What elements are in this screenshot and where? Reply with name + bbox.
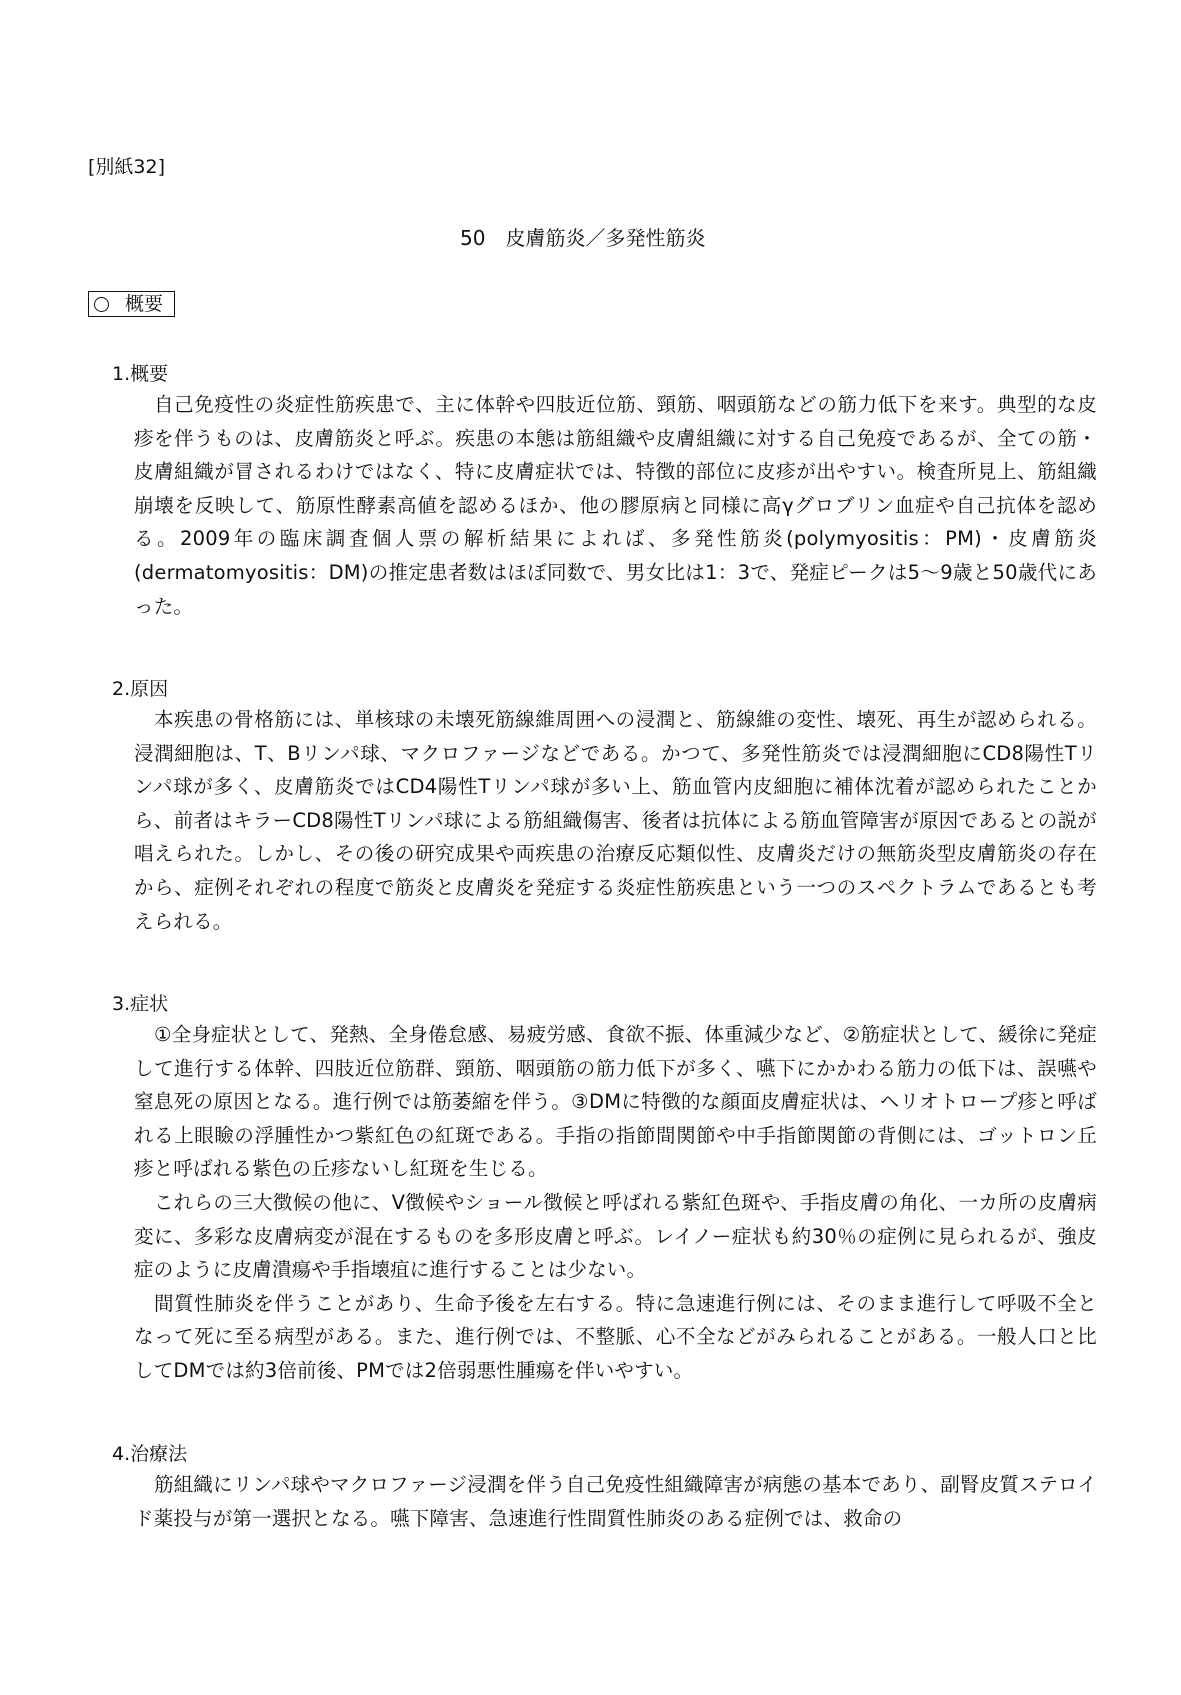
paragraph: ①全身症状として、発熱、全身倦怠感、易疲労感、食欲不振、体重減少など、②筋症状と… <box>112 1018 1097 1186</box>
document-page: [別紙32] 50 皮膚筋炎／多発性筋炎 概要 1.概要 自己免疫性の炎症性筋疾… <box>0 0 1181 1695</box>
overview-boxed-heading: 概要 <box>88 291 175 317</box>
paragraph: これらの三大徴候の他に、V徴候やショール徴候と呼ばれる紫紅色斑や、手指皮膚の角化… <box>112 1186 1097 1287</box>
section-heading: 3.症状 <box>112 990 1097 1018</box>
section-heading: 2.原因 <box>112 675 1097 703</box>
section-heading: 1.概要 <box>112 360 1097 388</box>
circle-icon <box>94 297 109 312</box>
section-cause: 2.原因 本疾患の骨格筋には、単核球の未壊死筋線維周囲への浸潤と、筋線維の変性、… <box>112 675 1097 938</box>
overview-heading-label: 概要 <box>125 292 163 316</box>
paragraph: 間質性肺炎を伴うことがあり、生命予後を左右する。特に急速進行例には、そのまま進行… <box>112 1287 1097 1388</box>
paragraph: 自己免疫性の炎症性筋疾患で、主に体幹や四肢近位筋、頸筋、咽頭筋などの筋力低下を来… <box>112 388 1097 623</box>
section-symptoms: 3.症状 ①全身症状として、発熱、全身倦怠感、易疲労感、食欲不振、体重減少など、… <box>112 990 1097 1388</box>
annex-label: [別紙32] <box>88 152 165 179</box>
paragraph: 筋組織にリンパ球やマクロファージ浸潤を伴う自己免疫性組織障害が病態の基本であり、… <box>112 1468 1097 1535</box>
paragraph: 本疾患の骨格筋には、単核球の未壊死筋線維周囲への浸潤と、筋線維の変性、壊死、再生… <box>112 703 1097 938</box>
section-overview: 1.概要 自己免疫性の炎症性筋疾患で、主に体幹や四肢近位筋、頸筋、咽頭筋などの筋… <box>112 360 1097 623</box>
section-treatment: 4.治療法 筋組織にリンパ球やマクロファージ浸潤を伴う自己免疫性組織障害が病態の… <box>112 1440 1097 1535</box>
section-heading: 4.治療法 <box>112 1440 1097 1468</box>
document-title: 50 皮膚筋炎／多発性筋炎 <box>460 222 705 251</box>
